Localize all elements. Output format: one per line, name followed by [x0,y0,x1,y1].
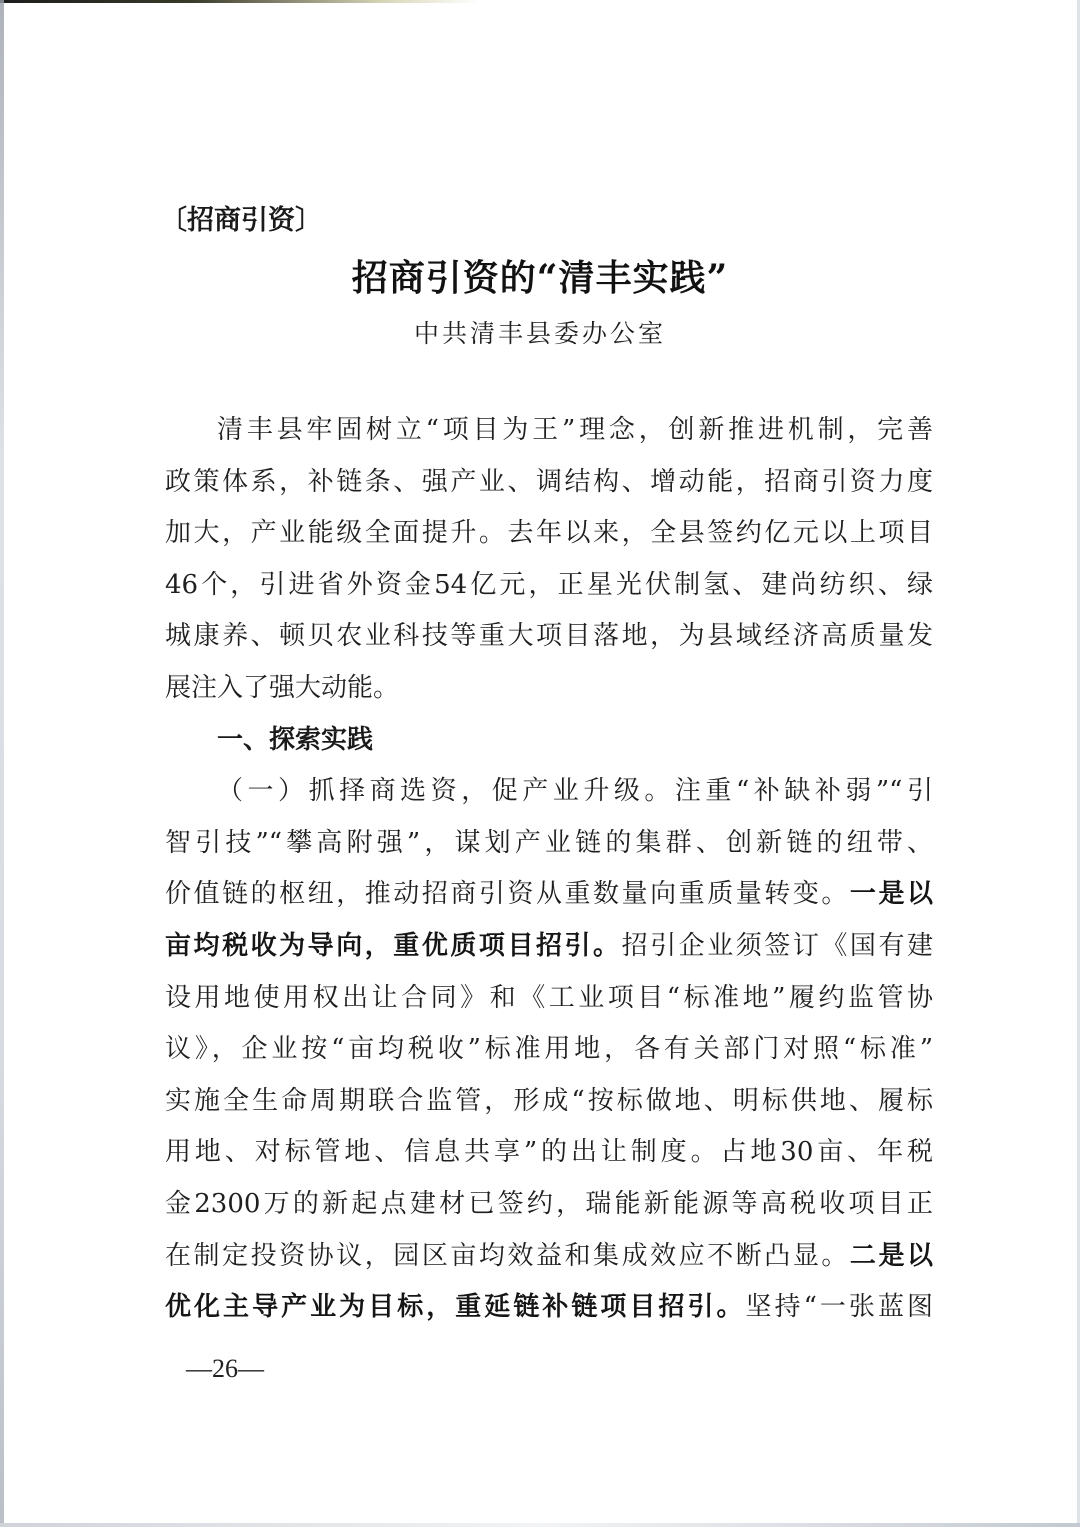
section-heading: 一、探索实践 [165,715,933,767]
paragraph-line: 用地、对标管地、信息共享”的出让制度。占地30亩、年税 [165,1127,933,1179]
paragraph-line: 设用地使用权出让合同》和《工业项目“标准地”履约监管协 [165,973,933,1025]
paragraph-line: 政策体系，补链条、强产业、调结构、增动能，招商引资力度 [165,457,933,509]
page-number: —26— [186,1354,264,1384]
paragraph-line: 加大，产业能级全面提升。去年以来，全县签约亿元以上项目 [165,508,933,560]
paragraph-line: 亩均税收为导向，重优质项目招引。招引企业须签订《国有建 [165,921,933,973]
scan-edge-top [0,0,480,3]
paragraph-line: （一）抓择商选资，促产业升级。注重“补缺补弱”“引 [165,766,933,818]
line-text: 招引企业须签订《国有建 [622,931,933,961]
paragraph-line: 在制定投资协议，园区亩均效益和集成效应不断凸显。二是以 [165,1231,933,1283]
paragraph-line: 展注入了强大动能。 [165,663,933,715]
bold-lead-text: 二是以 [850,1241,933,1271]
column-tag: 〔招商引资〕 [160,198,322,237]
paragraph-line: 议》，企业按“亩均税收”标准用地，各有关部门对照“标准” [165,1024,933,1076]
paragraph-line: 优化主导产业为目标，重延链补链项目招引。坚持“一张蓝图 [165,1282,933,1334]
paragraph-line: 实施全生命周期联合监管，形成“按标做地、明标供地、履标 [165,1076,933,1128]
bold-lead-text: 亩均税收为导向，重优质项目招引。 [165,931,622,961]
line-text: 价值链的枢纽，推动招商引资从重数量向重质量转变。 [165,879,850,909]
paragraph-line: 46个，引进省外资金54亿元，正星光伏制氢、建尚纺织、绿 [165,560,933,612]
article-author: 中共清丰县委办公室 [0,314,1080,350]
article-body: 清丰县牢固树立“项目为王”理念，创新推进机制，完善 政策体系，补链条、强产业、调… [165,405,933,1334]
line-text: 在制定投资协议，园区亩均效益和集成效应不断凸显。 [165,1241,850,1271]
bold-lead-text: 优化主导产业为目标，重延链补链项目招引。 [165,1292,746,1322]
article-title: 招商引资的“清丰实践” [0,250,1080,301]
paragraph-line: 城康养、顿贝农业科技等重大项目落地，为县域经济高质量发 [165,611,933,663]
line-text: 坚持“一张蓝图 [746,1292,933,1322]
bold-lead-text: 一是以 [850,879,933,909]
paragraph-line: 清丰县牢固树立“项目为王”理念，创新推进机制，完善 [165,405,933,457]
paragraph-line: 智引技”“攀高附强”，谋划产业链的集群、创新链的纽带、 [165,818,933,870]
paragraph-line: 价值链的枢纽，推动招商引资从重数量向重质量转变。一是以 [165,869,933,921]
scan-edge-left [0,0,4,1527]
paragraph-line: 金2300万的新起点建材已签约，瑞能新能源等高税收项目正 [165,1179,933,1231]
scan-edge-bottom [0,1523,1080,1527]
document-page: 〔招商引资〕 招商引资的“清丰实践” 中共清丰县委办公室 清丰县牢固树立“项目为… [0,0,1080,1527]
